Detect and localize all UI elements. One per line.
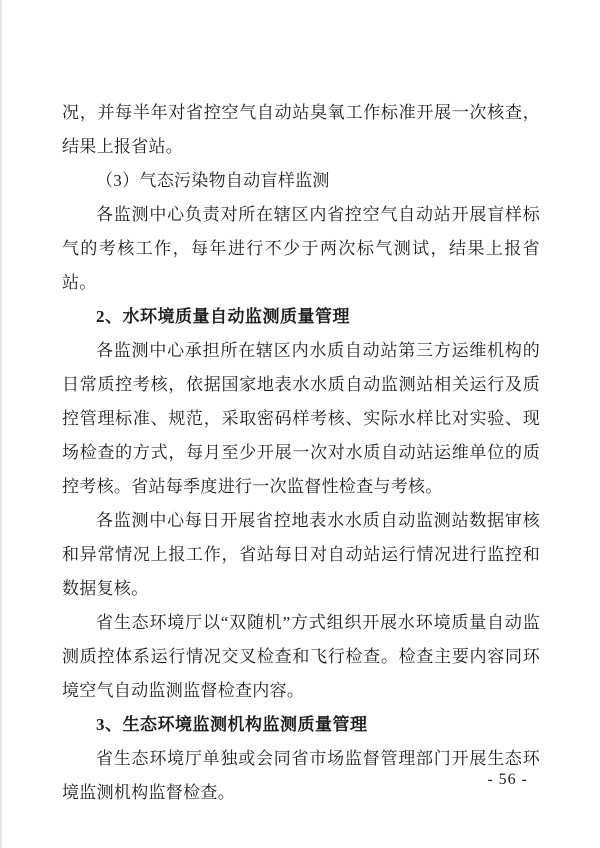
- paragraph-blind-sample-gas-assessment: 各监测中心负责对所在辖区内省控空气自动站开展盲样标气的考核工作，每年进行不少于两…: [62, 198, 540, 300]
- paragraph-ozone-verification-continuation: 况，并每半年对省控空气自动站臭氧工作标准开展一次核查，结果上报省站。: [62, 96, 540, 164]
- subheading-gaseous-pollutant-blind-sample: （3）气态污染物自动盲样监测: [62, 164, 540, 198]
- paragraph-institution-supervision-check: 省生态环境厅单独或会同省市场监督管理部门开展生态环境监测机构监督检查。: [62, 742, 540, 810]
- document-content: 况，并每半年对省控空气自动站臭氧工作标准开展一次核查，结果上报省站。 （3）气态…: [62, 96, 540, 810]
- heading-water-environment-auto-monitoring: 2、水环境质量自动监测质量管理: [62, 300, 540, 334]
- heading-monitoring-institution-quality: 3、生态环境监测机构监测质量管理: [62, 708, 540, 742]
- document-page: 况，并每半年对省控空气自动站臭氧工作标准开展一次核查，结果上报省站。 （3）气态…: [0, 0, 600, 848]
- page-number: - 56 -: [487, 770, 528, 790]
- paragraph-double-random-inspection: 省生态环境厅以“双随机”方式组织开展水环境质量自动监测质控体系运行情况交叉检查和…: [62, 606, 540, 708]
- paragraph-daily-data-review: 各监测中心每日开展省控地表水水质自动监测站数据审核和异常情况上报工作，省站每日对…: [62, 504, 540, 606]
- page-edge-shadow: [0, 0, 3, 848]
- paragraph-water-station-operator-qc: 各监测中心承担所在辖区内水质自动站第三方运维机构的日常质控考核，依据国家地表水水…: [62, 334, 540, 504]
